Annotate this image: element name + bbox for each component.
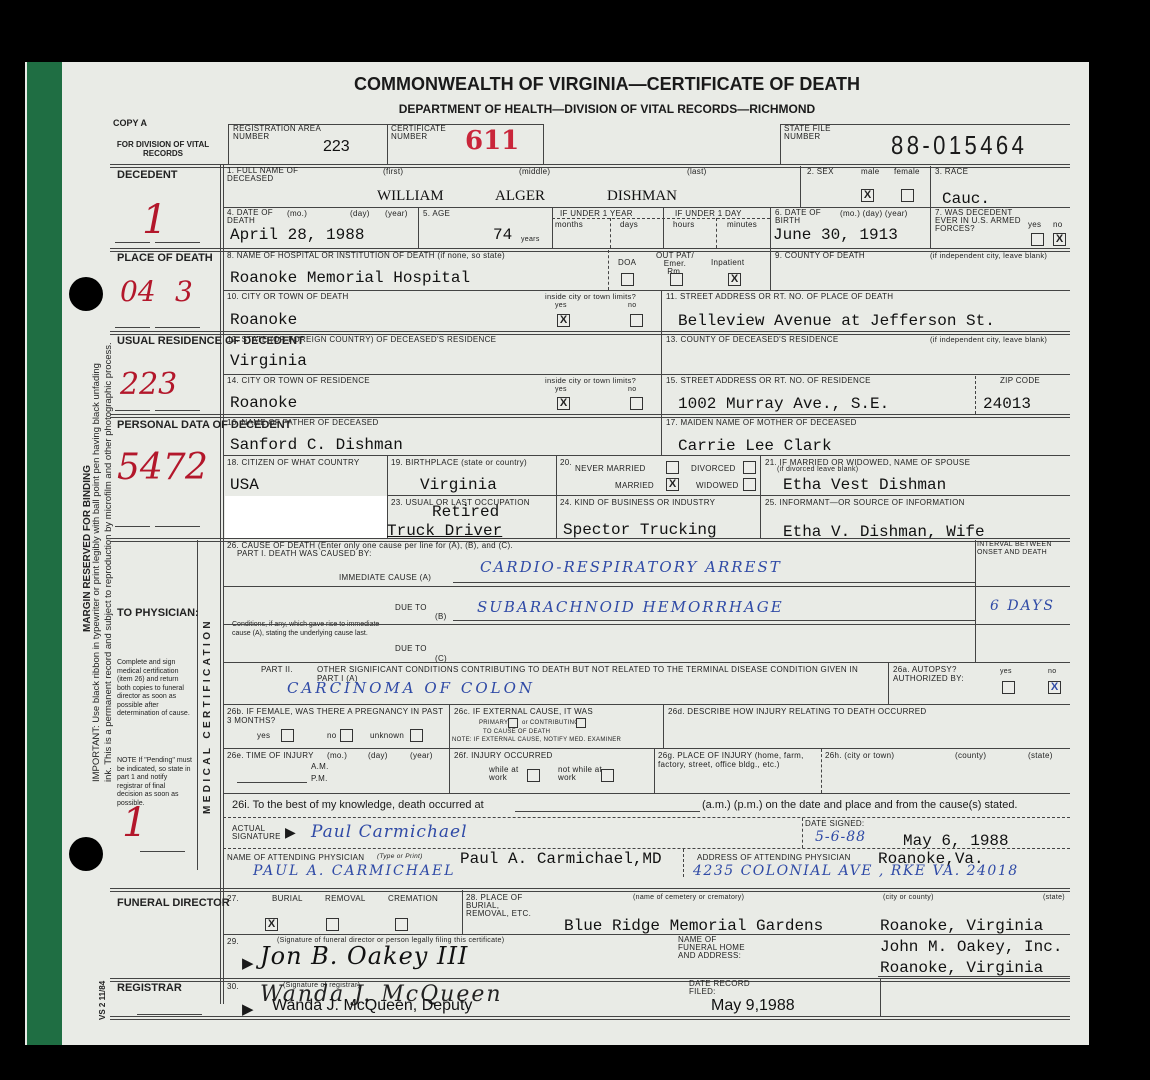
divorced-checkbox[interactable] <box>743 461 756 474</box>
physician-address-label: ADDRESS OF ATTENDING PHYSICIAN <box>697 853 851 862</box>
copy-label: COPY A <box>113 117 147 129</box>
redacted-field <box>225 496 387 538</box>
medical-certification-label: MEDICAL CERTIFICATION <box>202 618 213 814</box>
removal-label: REMOVAL <box>325 894 366 903</box>
pregnancy-yes-checkbox[interactable] <box>281 729 294 742</box>
autopsy-yes-checkbox[interactable] <box>1002 681 1015 694</box>
margin-code-residence: 223 <box>120 367 177 402</box>
burial-place-label: 28. PLACE OF BURIAL, REMOVAL, ETC. <box>466 894 541 918</box>
margin-code-place-b: 3 <box>175 275 193 308</box>
division-label: FOR DIVISION OF VITAL RECORDS <box>113 140 213 158</box>
yes-label: yes <box>257 731 270 740</box>
date-filed-label: DATE RECORD FILED: <box>689 980 759 996</box>
important-note-2: ink. This is a permanent record and subj… <box>103 342 114 782</box>
cause-b-interval: 6 DAYS <box>990 598 1055 614</box>
autopsy-label: 26a. AUTOPSY? AUTHORIZED BY: <box>893 665 983 683</box>
margin-code-decedent: 1 <box>142 197 167 243</box>
state-file-label: STATE FILE NUMBER <box>784 125 844 141</box>
spouse-note: (if divorced leave blank) <box>777 466 858 473</box>
citizen-label: 18. CITIZEN OF WHAT COUNTRY <box>227 458 360 467</box>
sex-female-checkbox[interactable] <box>901 189 914 202</box>
widowed-checkbox[interactable] <box>743 478 756 491</box>
business-label: 24. KIND OF BUSINESS OR INDUSTRY <box>560 498 715 507</box>
never-married-label: NEVER MARRIED <box>575 464 646 473</box>
registration-area-number: 223 <box>323 138 350 156</box>
last-name-label: (last) <box>687 167 707 176</box>
armed-forces-no-checkbox[interactable]: X <box>1053 233 1066 246</box>
sex-male-checkbox[interactable]: X <box>861 189 874 202</box>
widowed-label: WIDOWED <box>696 481 739 490</box>
registrar-typed-name: Wanda J. McQueen, Deputy <box>272 997 472 1015</box>
residence-inside-limits-no[interactable] <box>630 397 643 410</box>
cemetery-city: Roanoke, Virginia <box>880 917 1043 935</box>
no-label: no <box>1048 668 1056 675</box>
other-conditions: CARCINOMA OF COLON <box>287 679 535 697</box>
injury-description-label: 26d. DESCRIBE HOW INJURY RELATING TO DEA… <box>668 707 926 716</box>
residence-street: 1002 Murray Ave., S.E. <box>678 395 889 413</box>
margin-code-place-a: 04 <box>120 275 156 308</box>
female-label: female <box>894 167 920 176</box>
race-label: 3. RACE <box>935 167 968 176</box>
spouse-name: Etha Vest Dishman <box>783 476 946 494</box>
punch-hole <box>69 277 103 311</box>
under-1-day-label: IF UNDER 1 DAY <box>675 209 742 218</box>
time-of-injury-label: 26e. TIME OF INJURY <box>227 751 314 760</box>
full-name-label: 1. FULL NAME OF DECEASED <box>227 167 317 183</box>
cemetery-column-label: (name of cemetery or crematory) <box>633 894 744 901</box>
inside-limits-label: inside city or town limits? <box>545 376 636 385</box>
inpatient-checkbox[interactable]: X <box>728 273 741 286</box>
marital-num: 20. <box>560 458 572 467</box>
primary-checkbox[interactable] <box>508 718 518 728</box>
city-of-death-label: 10. CITY OR TOWN OF DEATH <box>227 292 349 301</box>
inpatient-label: Inpatient <box>711 258 744 267</box>
burial-checkbox[interactable]: X <box>265 918 278 931</box>
married-checkbox[interactable]: X <box>666 478 679 491</box>
state-file-number: 88-015464 <box>891 130 1027 161</box>
hospital-name: Roanoke Memorial Hospital <box>230 269 470 287</box>
section-funeral-director: FUNERAL DIRECTOR <box>117 897 230 909</box>
margin-code-personal-a: 547 <box>117 447 186 488</box>
cause-b: SUBARACHNOID HEMORRHAGE <box>477 598 784 616</box>
residence-street-label: 15. STREET ADDRESS OR RT. NO. OF RESIDEN… <box>666 376 871 385</box>
unknown-label: unknown <box>370 731 404 740</box>
not-while-at-work-checkbox[interactable] <box>601 769 614 782</box>
physician-signature: Paul Carmichael <box>311 822 468 842</box>
years-label: years <box>521 236 540 243</box>
residence-state-label: 12. STATE (OR FOREIGN COUNTRY) OF DECEAS… <box>227 335 496 344</box>
arrow-icon: ▶ <box>242 954 254 972</box>
physician-address-hand: 4235 COLONIAL AVE , RKE VA. 24018 <box>693 863 1019 879</box>
county-note: (if independent city, leave blank) <box>930 251 1047 260</box>
immediate-cause-label: IMMEDIATE CAUSE (A) <box>339 573 431 582</box>
hospital-label: 8. NAME OF HOSPITAL OR INSTITUTION OF DE… <box>227 251 505 260</box>
city-of-death: Roanoke <box>230 311 297 329</box>
birthplace-label: 19. BIRTHPLACE (state or country) <box>391 458 527 467</box>
due-to-label: DUE TO <box>395 644 427 653</box>
actual-signature-label: ACTUAL SIGNATURE <box>232 825 282 841</box>
immediate-cause: CARDIO-RESPIRATORY ARREST <box>480 558 782 576</box>
mother-name: Carrie Lee Clark <box>678 437 832 455</box>
race: Cauc. <box>942 190 990 208</box>
middle-name-label: (middle) <box>519 167 550 176</box>
age-label: 5. AGE <box>423 209 450 218</box>
birthplace: Virginia <box>420 476 497 494</box>
death-inside-limits-no[interactable] <box>630 314 643 327</box>
county-of-death-label: 9. COUNTY OF DEATH <box>775 251 865 260</box>
injury-occurred-label: 26f. INJURY OCCURRED <box>454 751 553 760</box>
father-label: 16. NAME OF FATHER OF DECEASED <box>227 418 379 427</box>
date-of-birth: June 30, 1913 <box>773 226 898 244</box>
funeral-home-city: Roanoke, Virginia <box>880 959 1043 977</box>
informant-label: 25. INFORMANT—OR SOURCE OF INFORMATION <box>765 498 965 507</box>
important-note-1: IMPORTANT: Use black ribbon in typewrite… <box>91 363 102 782</box>
section-decedent: DECEDENT <box>117 169 178 181</box>
primary-label: PRIMARY <box>479 720 508 726</box>
age: 74 <box>493 226 512 244</box>
contributing-checkbox[interactable] <box>576 718 586 728</box>
place-street: Belleview Avenue at Jefferson St. <box>678 312 995 330</box>
physician-name-hand: PAUL A. CARMICHAEL <box>253 863 456 879</box>
first-name: WILLIAM <box>377 188 444 205</box>
first-name-label: (first) <box>383 167 403 176</box>
section-registrar: REGISTRAR <box>117 982 182 994</box>
injury-state-label: (state) <box>1028 751 1053 760</box>
citizen: USA <box>230 476 259 494</box>
day-label: (day) <box>368 751 388 760</box>
form-title: COMMONWEALTH OF VIRGINIA—CERTIFICATE OF … <box>25 74 1139 95</box>
residence-county-label: 13. COUNTY OF DECEASED'S RESIDENCE <box>666 335 839 344</box>
cremation-label: CREMATION <box>388 894 438 903</box>
interval-label: INTERVAL BETWEEN ONSET AND DEATH <box>977 541 1072 557</box>
cemetery-state-column-label: (state) <box>1043 894 1065 901</box>
while-at-work-label: while at work <box>489 766 529 782</box>
certificate-number-label: CERTIFICATE NUMBER <box>391 125 461 141</box>
form-subtitle: DEPARTMENT OF HEALTH—DIVISION OF VITAL R… <box>25 102 1139 116</box>
never-married-checkbox[interactable] <box>666 461 679 474</box>
certify-tail: (a.m.) (p.m.) on the date and place and … <box>702 799 1018 811</box>
residence-city-label: 14. CITY OR TOWN OF RESIDENCE <box>227 376 370 385</box>
days-label: days <box>620 220 638 229</box>
binding-stripe <box>27 62 62 1045</box>
physician-name-typed: Paul A. Carmichael,MD <box>460 850 662 868</box>
pm-label: P.M. <box>311 774 328 783</box>
to-cause-label: TO CAUSE OF DEATH <box>483 729 550 735</box>
minutes-label: minutes <box>727 220 757 229</box>
no-label: no <box>1053 220 1063 229</box>
while-at-work-checkbox[interactable] <box>527 769 540 782</box>
sex-label: 2. SEX <box>807 167 834 176</box>
pregnancy-unknown-checkbox[interactable] <box>410 729 423 742</box>
margin-code-physician: 1 <box>122 800 147 846</box>
physician-name-note: (Type or Print) <box>377 853 423 860</box>
armed-forces-yes-checkbox[interactable] <box>1031 233 1044 246</box>
divorced-label: DIVORCED <box>691 464 736 473</box>
arrow-icon: ▶ <box>285 824 296 841</box>
place-street-label: 11. STREET ADDRESS OR RT. NO. OF PLACE O… <box>666 292 893 301</box>
no-label: no <box>628 386 636 393</box>
punch-hole <box>69 837 103 871</box>
part1-label: PART I. DEATH WAS CAUSED BY: <box>237 549 372 558</box>
father-name: Sanford C. Dishman <box>230 436 403 454</box>
yes-label: yes <box>1000 668 1012 675</box>
zip-label: ZIP CODE <box>1000 376 1040 385</box>
armed-forces-label: 7. WAS DECEDENT EVER IN U.S. ARMED FORCE… <box>935 209 1025 233</box>
residence-state: Virginia <box>230 352 307 370</box>
physician-name-label: NAME OF ATTENDING PHYSICIAN <box>227 853 364 862</box>
yes-label: yes <box>555 302 567 309</box>
registrar-num: 30. <box>227 982 239 991</box>
registration-area-label: REGISTRATION AREA NUMBER <box>233 125 323 141</box>
date-of-birth-label: 6. DATE OF BIRTH <box>775 209 823 225</box>
cemetery-name: Blue Ridge Memorial Gardens <box>564 917 823 935</box>
contributing-label: or CONTRIBUTING <box>522 720 579 726</box>
external-note: NOTE: IF EXTERNAL CAUSE, NOTIFY MED. EXA… <box>452 737 621 743</box>
cremation-checkbox[interactable] <box>395 918 408 931</box>
cause-b-label: (B) <box>435 612 447 621</box>
hours-label: hours <box>673 220 695 229</box>
doa-label: DOA <box>618 258 636 267</box>
residence-county-note: (if independent city, leave blank) <box>930 335 1047 344</box>
form-code: VS 2 11/84 <box>98 981 107 1020</box>
date-signed-hand: 5-6-88 <box>815 829 866 845</box>
year-label: (year) <box>410 751 433 760</box>
date-filed: May 9,1988 <box>711 997 795 1015</box>
doa-checkbox[interactable] <box>621 273 634 286</box>
cemetery-city-column-label: (city or county) <box>883 894 934 901</box>
margin-code-personal-b: 2 <box>185 447 208 488</box>
residence-city: Roanoke <box>230 394 297 412</box>
certificate-number: 611 <box>465 126 519 156</box>
section-to-physician: TO PHYSICIAN: <box>117 607 199 619</box>
not-while-at-work-label: not while at work <box>558 766 603 782</box>
male-label: male <box>861 167 880 176</box>
yes-label: yes <box>1028 220 1041 229</box>
date-signed-label: DATE SIGNED: <box>805 819 864 828</box>
autopsy-no-checkbox[interactable]: X <box>1048 681 1061 694</box>
date-of-death-label: 4. DATE OF DEATH <box>227 209 287 225</box>
disposition-num: 27. <box>227 894 239 903</box>
occupation-line1: Retired <box>432 503 499 521</box>
year-label: (year) <box>385 209 408 218</box>
no-label: no <box>327 731 337 740</box>
injury-county-label: (county) <box>955 751 986 760</box>
date-of-death: April 28, 1988 <box>230 226 364 244</box>
mother-label: 17. MAIDEN NAME OF MOTHER OF DECEASED <box>666 418 857 427</box>
under-1-year-label: IF UNDER 1 YEAR <box>560 209 633 218</box>
physician-instructions: Complete and sign medical certification … <box>117 659 192 719</box>
months-label: months <box>555 220 583 229</box>
part2-label: PART II. <box>261 665 293 674</box>
section-place-of-death: PLACE OF DEATH <box>117 252 213 264</box>
pregnancy-label: 26b. IF FEMALE, WAS THERE A PREGNANCY IN… <box>227 707 447 725</box>
due-to-label: DUE TO <box>395 603 427 612</box>
external-cause-label: 26c. IF EXTERNAL CAUSE, IT WAS <box>454 707 593 716</box>
no-label: no <box>628 302 636 309</box>
mo-label: (mo.) <box>327 751 347 760</box>
funeral-home-name: John M. Oakey, Inc. <box>880 938 1062 956</box>
yes-label: yes <box>555 386 567 393</box>
married-label: MARRIED <box>615 481 654 490</box>
mo-label: (mo.) <box>287 209 307 218</box>
business: Spector Trucking <box>563 521 717 539</box>
day-label: (day) <box>350 209 370 218</box>
death-certificate: MARGIN RESERVED FOR BINDING IMPORTANT: U… <box>25 62 1089 1045</box>
removal-checkbox[interactable] <box>326 918 339 931</box>
last-name: DISHMAN <box>607 188 677 205</box>
injury-city-label: 26h. (city or town) <box>825 751 894 760</box>
dob-columns-label: (mo.) (day) (year) <box>840 209 908 218</box>
place-of-injury-label: 26g. PLACE OF INJURY (home, farm, factor… <box>658 751 823 769</box>
pregnancy-no-checkbox[interactable] <box>340 729 353 742</box>
middle-name: ALGER <box>495 188 545 205</box>
inside-limits-label: inside city or town limits? <box>545 292 636 301</box>
residence-inside-limits-yes[interactable]: X <box>557 397 570 410</box>
burial-label: BURIAL <box>272 894 303 903</box>
am-label: A.M. <box>311 762 329 771</box>
death-inside-limits-yes[interactable]: X <box>557 314 570 327</box>
outpatient-checkbox[interactable] <box>670 273 683 286</box>
certify-statement: 26i. To the best of my knowledge, death … <box>232 799 484 811</box>
zip-code: 24013 <box>983 395 1031 413</box>
funeral-home-label: NAME OF FUNERAL HOME AND ADDRESS: <box>678 936 758 960</box>
funeral-signature-num: 29. <box>227 937 239 946</box>
funeral-director-signature: Jon B. Oakey III <box>260 942 468 970</box>
